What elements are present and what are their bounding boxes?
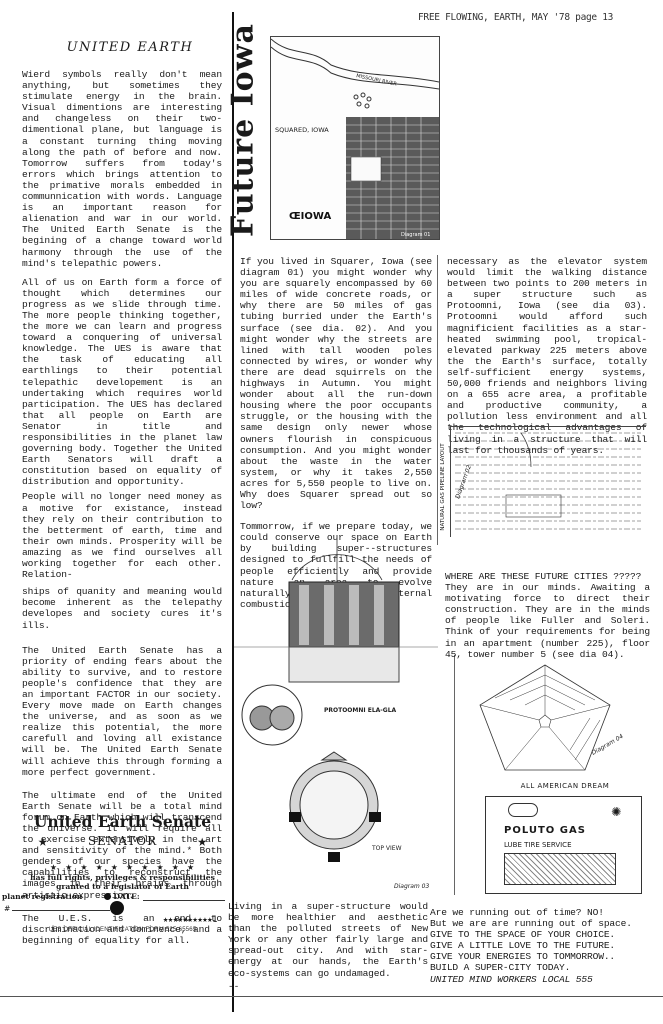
card-senator-label: SENATOR: [88, 834, 157, 848]
signature: UNITED MIND WORKERS LOCAL 555: [430, 974, 650, 985]
future-iowa-title: Future Iowa: [225, 30, 261, 230]
article-paragraph: All of us on Earth form a force of thoug…: [22, 277, 222, 488]
living-super-structure: Living in a super-structure would be mor…: [228, 901, 428, 992]
svg-text:TOP VIEW: TOP VIEW: [371, 845, 402, 852]
closing-slogans: Are we running out of time? NO! But we a…: [430, 907, 650, 985]
gas-sign: POLUTO GAS: [504, 825, 586, 836]
sun-icon: ✺: [611, 801, 621, 820]
star-row: ★ ★ ★ ★ ★ ★ ★ ★ ★ ★: [20, 860, 225, 873]
bullet-dot-icon: [104, 893, 111, 900]
structure-illustration: PROTOOMNI ELA-GLA TOP VIEW Diagram 03: [234, 540, 438, 895]
article-paragraph: People will no longer need money as a mo…: [22, 491, 222, 580]
registration-hash: #: [4, 904, 10, 913]
registration-label: planet registration: [2, 892, 82, 901]
future-cities-section: WHERE ARE THESE FUTURE CITIES ????? They…: [445, 571, 650, 660]
card-title: United Earth Senate: [20, 812, 225, 831]
slogan-line: GIVE YOUR ENERGIES TO TOMMORROW..: [430, 951, 650, 962]
star-icon: ★: [38, 831, 48, 850]
gas-subsign: LUBE TIRE SERVICE: [504, 841, 572, 849]
date-label: DATE:: [113, 892, 139, 901]
star-icon: ★: [197, 831, 207, 850]
pentagon-illustration: Diagram 04: [475, 660, 645, 780]
article-paragraph: If you lived in Squarer, Iowa (see diagr…: [240, 256, 432, 511]
future-cities-heading: WHERE ARE THESE FUTURE CITIES ?????: [445, 571, 650, 582]
star-row-small: ★★★★★★★★★★1: [20, 915, 217, 925]
svg-text:Diagram 03: Diagram 03: [394, 883, 429, 890]
column-divider-lower: [454, 655, 455, 895]
squarer-map-diagram: MISSOURI RIVER SQUARED, IOWA ŒIOWA Diagr…: [270, 36, 440, 240]
svg-text:Diagram 02: Diagram 02: [454, 464, 473, 500]
slogan-line: Are we running out of time? NO!: [430, 907, 650, 918]
cloud-icon: [508, 803, 538, 817]
article-paragraph: The United Earth Senate has a priority o…: [22, 645, 222, 778]
pipeline-diagram-title: NATURAL GAS PIPELINE LAYOUT: [436, 432, 450, 542]
rights-line: granted to a legislator of Earth: [20, 882, 225, 891]
registration-number-field[interactable]: [12, 906, 110, 911]
future-cities-body: They are in our minds. Awaiting a motiva…: [445, 582, 650, 660]
cartoon-banner: ALL AMERICAN DREAM: [485, 782, 645, 790]
page-bottom-edge: [0, 996, 663, 997]
seal-dot-icon: [110, 901, 124, 915]
slogan-line: But we are are running out of space.: [430, 918, 650, 929]
gas-station-cartoon: ALL AMERICAN DREAM ✺ POLUTO GAS LUBE TIR…: [485, 782, 645, 892]
form-id: UES OFFICIAL IDENTIFICATION FORM 525-655…: [20, 927, 225, 933]
svg-text:Diagram 01: Diagram 01: [401, 232, 430, 238]
svg-text:SQUARED, IOWA: SQUARED, IOWA: [275, 126, 329, 134]
svg-text:Diagram 04: Diagram 04: [591, 733, 625, 757]
pentagon-diagram: Diagram 04: [475, 660, 645, 780]
date-field[interactable]: [143, 892, 225, 901]
slogan-line: GIVE A LITTLE LOVE TO THE FUTURE.: [430, 940, 650, 951]
map-illustration: MISSOURI RIVER SQUARED, IOWA ŒIOWA Diagr…: [271, 37, 439, 239]
svg-text:PROTOOMNI ELA-GLA: PROTOOMNI ELA-GLA: [324, 707, 397, 714]
protoomni-structure-diagram: PROTOOMNI ELA-GLA TOP VIEW Diagram 03: [234, 540, 438, 895]
running-head: FREE FLOWING, EARTH, MAY '78 page 13: [418, 12, 613, 23]
rights-line: has full rights, privileges & responsibi…: [20, 873, 225, 882]
slogan-line: BUILD A SUPER-CITY TODAY.: [430, 962, 650, 973]
article-paragraph: Wierd symbols really don't mean anything…: [22, 69, 222, 269]
senator-id-card: United Earth Senate ★ SENATOR ★ ★ ★ ★ ★ …: [20, 812, 225, 933]
svg-text:ŒIOWA: ŒIOWA: [289, 211, 331, 222]
pipeline-diagram: Diagram 02: [450, 426, 646, 537]
slogan-line: GIVE TO THE SPACE OF YOUR CHOICE.: [430, 929, 650, 940]
united-earth-title: UNITED EARTH: [40, 40, 220, 55]
article-paragraph: ships of quanity and meaning would becom…: [22, 586, 222, 630]
pipeline-illustration: Diagram 02: [451, 427, 646, 537]
